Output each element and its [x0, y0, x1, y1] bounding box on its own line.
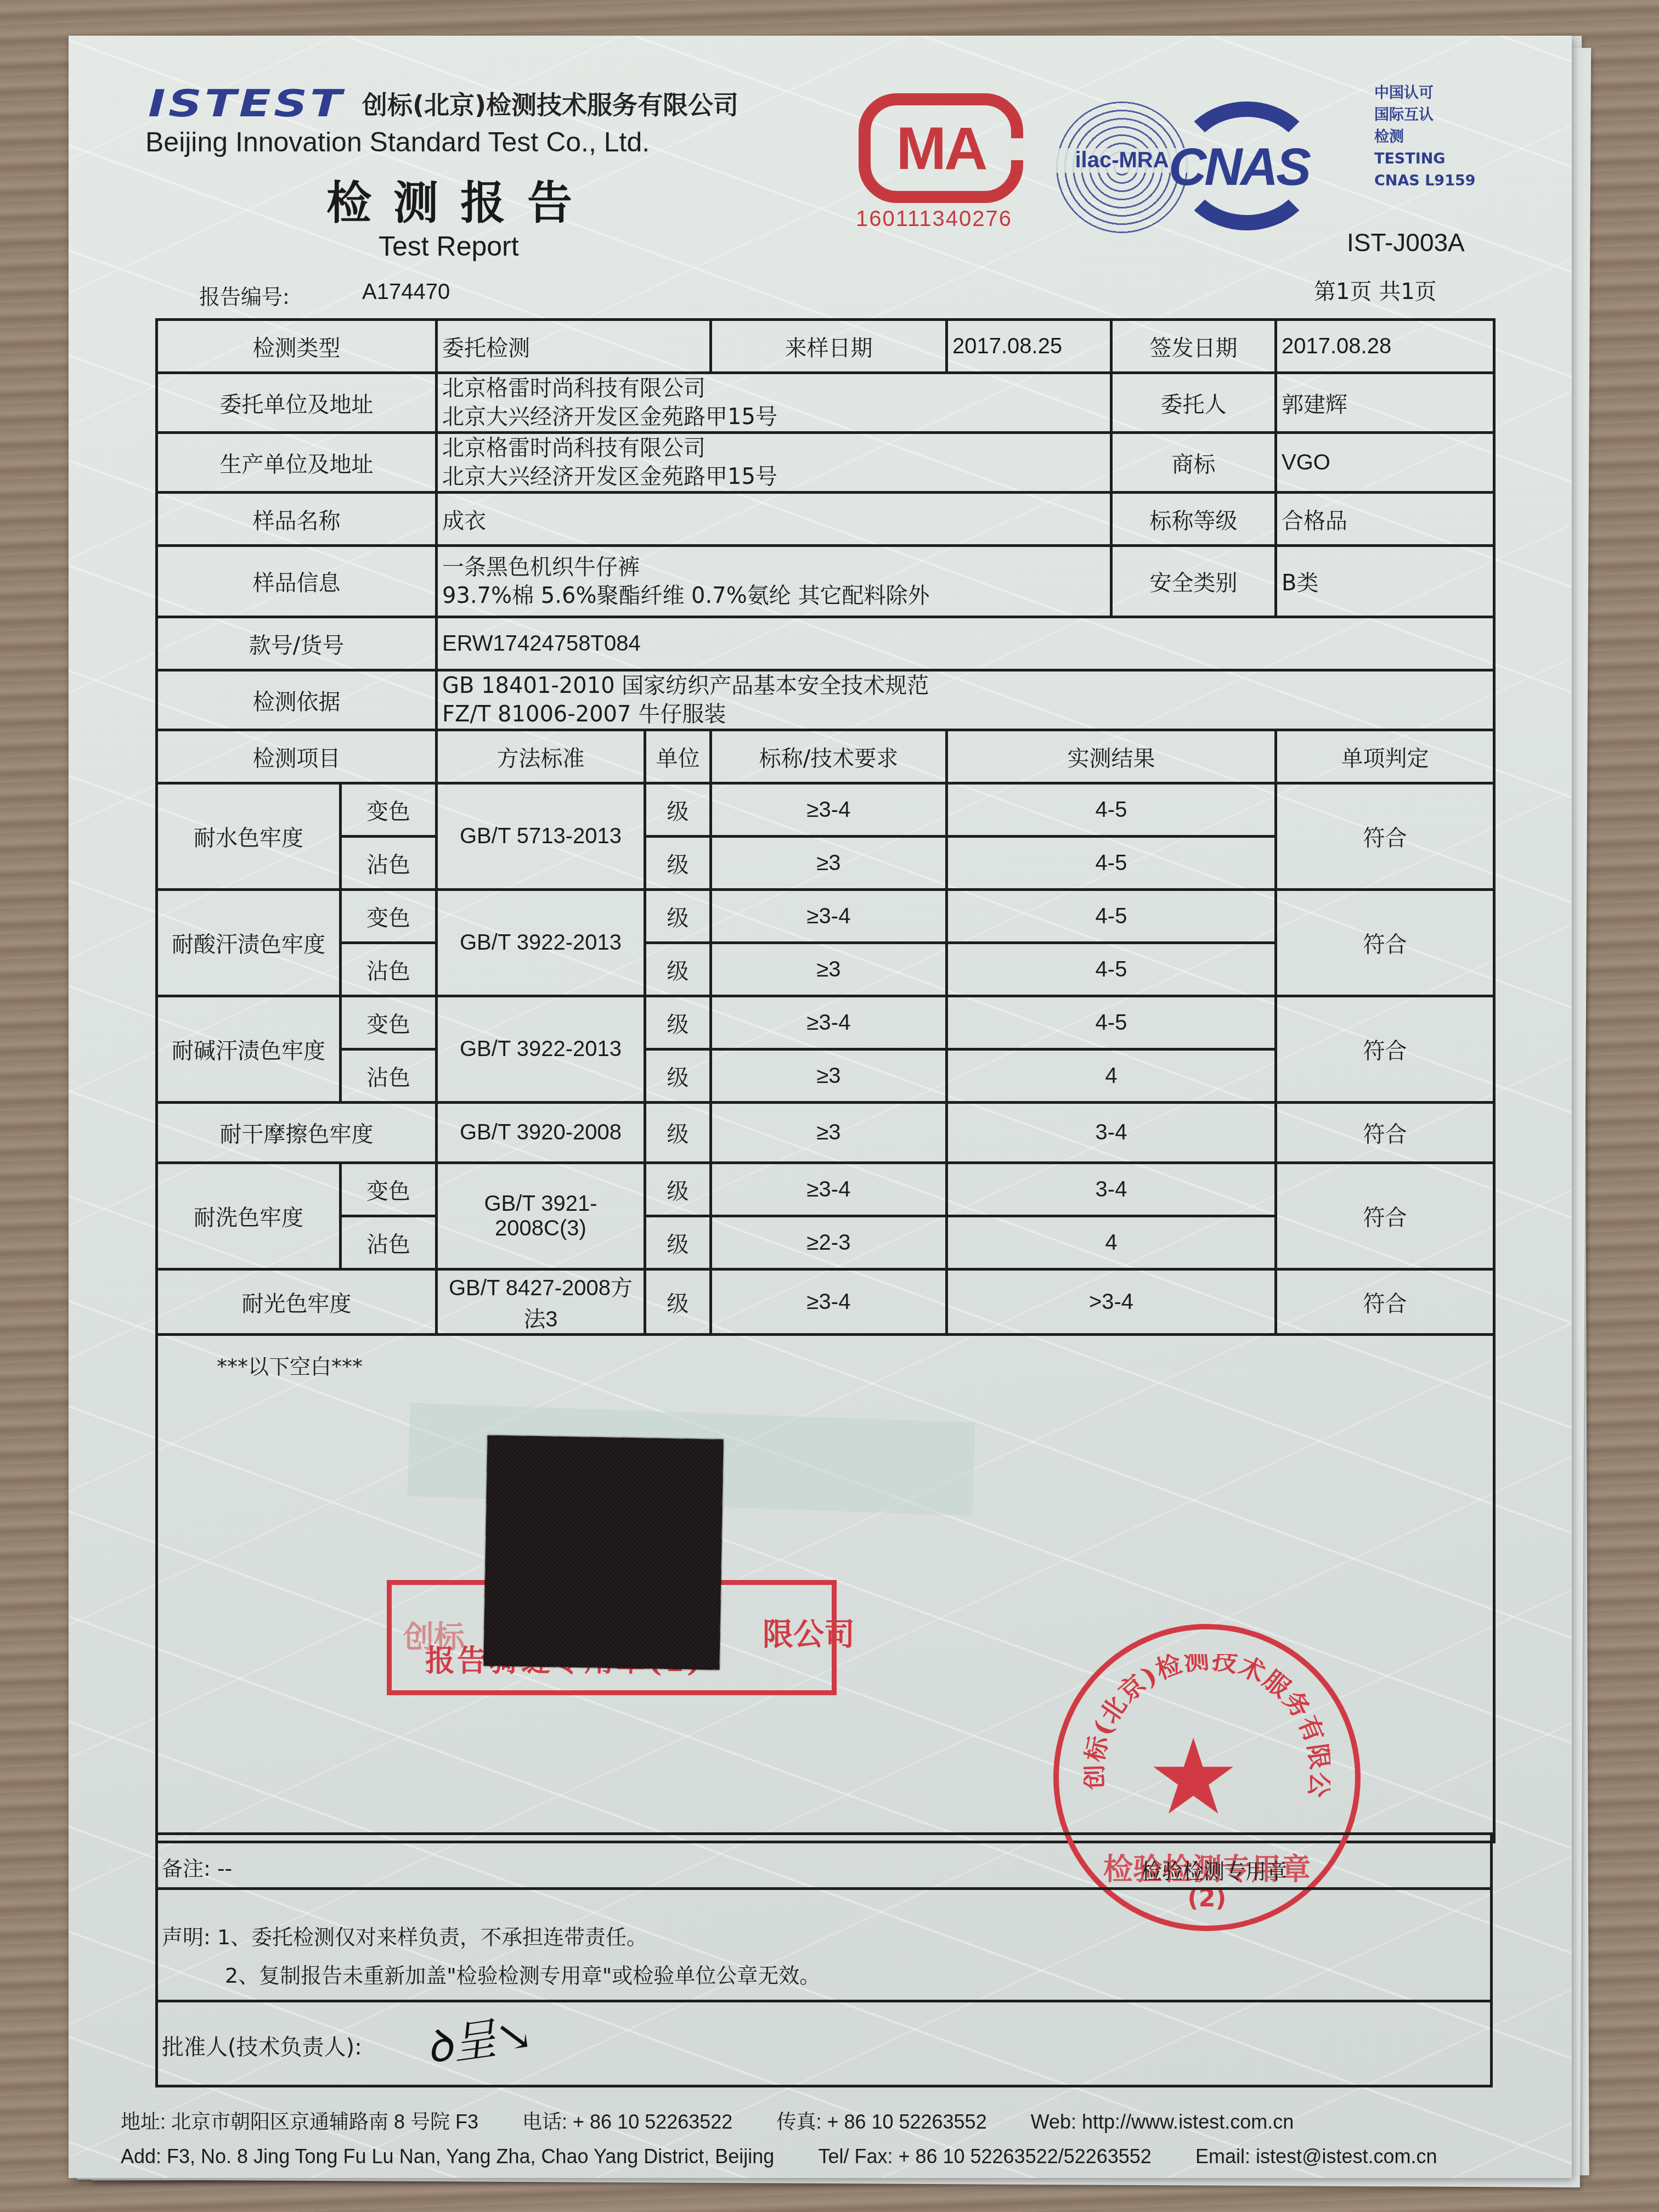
footer-email-link[interactable]: Email: istest@istest.com.cn [1195, 2145, 1437, 2168]
test-report-page: ISTEST 创标(北京)检测技术服务有限公司 Beijing Innovati… [69, 36, 1572, 2178]
result-row: 耐碱汗渍色牢度变色GB/T 3922-2013级≥3-44-5符合 [157, 996, 1494, 1049]
table-row: 款号/货号 ERW17424758T084 [157, 617, 1494, 670]
result-row: 耐酸汗渍色牢度变色GB/T 3922-2013级≥3-44-5符合 [157, 890, 1494, 943]
grade-label: 标称等级 [1111, 493, 1276, 546]
requirement: ≥3-4 [711, 1269, 947, 1335]
istest-logo: ISTEST [148, 82, 345, 126]
unit: 级 [645, 943, 711, 996]
report-number: A174470 [362, 280, 450, 304]
sample-date-value: 2017.08.25 [947, 320, 1111, 373]
result-row: 耐洗色牢度变色GB/T 3921-2008C(3)级≥3-43-4符合 [157, 1163, 1494, 1216]
report-title-en: Test Report [379, 230, 519, 262]
test-item: 耐洗色牢度 [157, 1163, 341, 1269]
client-value: 北京格雷时尚科技有限公司 北京大兴经济开发区金苑路甲15号 [437, 373, 1111, 433]
remark: 备注: -- [162, 1852, 232, 1882]
footer-line-cn: 地址: 北京市朝阳区京通辅路南 8 号院 F3 电话: + 86 10 5226… [121, 2107, 1332, 2135]
contact-label: 委托人 [1111, 373, 1276, 433]
test-subitem: 沾色 [341, 837, 437, 890]
requirement: ≥2-3 [711, 1216, 947, 1269]
footer-line-en: Add: F3, No. 8 Jing Tong Fu Lu Nan, Yang… [121, 2145, 1476, 2168]
star-icon: ★ [1147, 1725, 1240, 1830]
style-no-label: 款号/货号 [157, 617, 437, 670]
requirement: ≥3 [711, 943, 947, 996]
stamp-overprint-text: 检验检测专用章 [1141, 1854, 1287, 1884]
statement-1: 声明: 1、委托检测仅对来样负责，不承担连带责任。 [162, 1920, 647, 1950]
client-label: 委托单位及地址 [157, 373, 437, 433]
measured-result: 4 [947, 1216, 1276, 1269]
issue-date-value: 2017.08.28 [1276, 320, 1494, 373]
test-subitem: 变色 [341, 783, 437, 837]
sample-info-value: 一条黑色机织牛仔裤 93.7%棉 5.6%聚酯纤维 0.7%氨纶 其它配料除外 [437, 546, 1111, 617]
unit: 级 [645, 1163, 711, 1216]
results-header-row: 检测项目 方法标准 单位 标称/技术要求 实测结果 单项判定 [157, 730, 1494, 783]
sample-info-label: 样品信息 [157, 546, 437, 617]
safety-label: 安全类别 [1111, 546, 1276, 617]
method-standard: GB/T 5713-2013 [437, 783, 645, 890]
document-code: IST-J003A [1347, 228, 1465, 257]
table-row: 检测类型 委托检测 来样日期 2017.08.25 签发日期 2017.08.2… [157, 320, 1494, 373]
test-item: 耐水色牢度 [157, 783, 341, 890]
test-subitem: 沾色 [341, 1216, 437, 1269]
sample-name-label: 样品名称 [157, 493, 437, 546]
footer-tel-cn: 电话: + 86 10 52263522 [522, 2107, 732, 2135]
measured-result: 3-4 [947, 1103, 1276, 1163]
brand-value: VGO [1276, 433, 1494, 493]
footer-address-cn: 地址: 北京市朝阳区京通辅路南 8 号院 F3 [121, 2107, 478, 2135]
producer-value: 北京格雷时尚科技有限公司 北京大兴经济开发区金苑路甲15号 [437, 433, 1111, 493]
requirement: ≥3 [711, 1103, 947, 1163]
measured-result: 4-5 [947, 996, 1276, 1049]
company-name-cn: 创标(北京)检测技术服务有限公司 [362, 85, 738, 121]
verdict: 符合 [1276, 996, 1494, 1103]
basis-label: 检测依据 [157, 670, 437, 730]
cnas-caption: 中国认可 国际互认 检测 TESTING CNAS L9159 [1374, 82, 1476, 192]
unit: 级 [645, 1103, 711, 1163]
contact-value: 郭建辉 [1276, 373, 1494, 433]
test-type-label: 检测类型 [157, 320, 437, 373]
cma-number: 160111340276 [856, 207, 1012, 232]
sample-date-label: 来样日期 [711, 320, 947, 373]
verdict: 符合 [1276, 890, 1494, 996]
table-row: 样品名称 成衣 标称等级 合格品 [157, 493, 1494, 546]
verdict: 符合 [1276, 1103, 1494, 1163]
result-row: 耐干摩擦色牢度GB/T 3920-2008级≥33-4符合 [157, 1103, 1494, 1163]
verdict: 符合 [1276, 1269, 1494, 1335]
cma-logo-icon: MA [859, 93, 1023, 203]
divider [155, 1832, 1493, 1835]
issue-date-label: 签发日期 [1111, 320, 1276, 373]
result-row: 耐光色牢度GB/T 8427-2008方法3级≥3-4>3-4符合 [157, 1269, 1494, 1335]
test-subitem: 变色 [341, 996, 437, 1049]
company-name-en: Beijing Innovation Standard Test Co., Lt… [145, 126, 650, 158]
header-result: 实测结果 [947, 730, 1276, 783]
report-title-cn: 检测报告 [326, 167, 594, 232]
test-item: 耐碱汗渍色牢度 [157, 996, 341, 1103]
measured-result: 4-5 [947, 890, 1276, 943]
producer-label: 生产单位及地址 [157, 433, 437, 493]
table-row: 检测依据 GB 18401-2010 国家纺织产品基本安全技术规范 FZ/T 8… [157, 670, 1494, 730]
measured-result: >3-4 [947, 1269, 1276, 1335]
safety-value: B类 [1276, 546, 1494, 617]
method-standard: GB/T 3922-2013 [437, 996, 645, 1103]
table-row: 生产单位及地址 北京格雷时尚科技有限公司 北京大兴经济开发区金苑路甲15号 商标… [157, 433, 1494, 493]
unit: 级 [645, 996, 711, 1049]
test-item: 耐干摩擦色牢度 [157, 1103, 437, 1163]
test-subitem: 变色 [341, 1163, 437, 1216]
method-standard: GB/T 8427-2008方法3 [437, 1269, 645, 1335]
test-subitem: 沾色 [341, 1049, 437, 1103]
requirement: ≥3-4 [711, 1163, 947, 1216]
results-body: 耐水色牢度变色GB/T 5713-2013级≥3-44-5符合沾色级≥34-5耐… [157, 783, 1494, 1335]
unit: 级 [645, 1216, 711, 1269]
header-requirement: 标称/技术要求 [711, 730, 947, 783]
brand-label: 商标 [1111, 433, 1276, 493]
approver-label: 批准人(技术负责人): [162, 2030, 362, 2061]
sample-name-value: 成衣 [437, 493, 1111, 546]
test-type-value: 委托检测 [437, 320, 711, 373]
report-number-label: 报告编号: [199, 280, 290, 310]
method-standard: GB/T 3922-2013 [437, 890, 645, 996]
result-row: 耐水色牢度变色GB/T 5713-2013级≥3-44-5符合 [157, 783, 1494, 837]
divider [155, 1887, 1493, 1890]
footer-address-en: Add: F3, No. 8 Jing Tong Fu Lu Nan, Yang… [121, 2145, 774, 2168]
requirement: ≥3 [711, 837, 947, 890]
border-left [155, 1832, 158, 2087]
unit: 级 [645, 890, 711, 943]
unit: 级 [645, 1049, 711, 1103]
measured-result: 4-5 [947, 783, 1276, 837]
border-right [1490, 1832, 1493, 2087]
style-no-value: ERW17424758T084 [437, 617, 1494, 670]
approver-signature: ꝺ呈↘ [421, 1998, 536, 2076]
test-subitem: 变色 [341, 890, 437, 943]
measured-result: 3-4 [947, 1163, 1276, 1216]
header-method: 方法标准 [437, 730, 645, 783]
footer-fax-cn: 传真: + 86 10 52263552 [776, 2107, 986, 2135]
requirement: ≥3-4 [711, 783, 947, 837]
test-subitem: 沾色 [341, 943, 437, 996]
header-verdict: 单项判定 [1276, 730, 1494, 783]
divider [155, 2000, 1493, 2002]
test-item: 耐酸汗渍色牢度 [157, 890, 341, 996]
verdict: 符合 [1276, 783, 1494, 890]
measured-result: 4-5 [947, 943, 1276, 996]
cnas-label: CNAS [1169, 137, 1309, 198]
header-unit: 单位 [645, 730, 711, 783]
divider [155, 2085, 1493, 2087]
table-row: 样品信息 一条黑色机织牛仔裤 93.7%棉 5.6%聚酯纤维 0.7%氨纶 其它… [157, 546, 1494, 617]
requirement: ≥3-4 [711, 890, 947, 943]
requirement: ≥3-4 [711, 996, 947, 1049]
statement-2: 2、复制报告未重新加盖"检验检测专用章"或检验单位公章无效。 [225, 1959, 820, 1989]
footer-tel-fax-en: Tel/ Fax: + 86 10 52263522/52263552 [818, 2145, 1152, 2168]
method-standard: GB/T 3920-2008 [437, 1103, 645, 1163]
seam-stamp-company-right: 限公司 [763, 1610, 855, 1654]
grade-value: 合格品 [1276, 493, 1494, 546]
test-item: 耐光色牢度 [157, 1269, 437, 1335]
measured-result: 4-5 [947, 837, 1276, 890]
requirement: ≥3 [711, 1049, 947, 1103]
blank-below-note: ***以下空白*** [217, 1350, 363, 1380]
table-row: 委托单位及地址 北京格雷时尚科技有限公司 北京大兴经济开发区金苑路甲15号 委托… [157, 373, 1494, 433]
unit: 级 [645, 1269, 711, 1335]
unit: 级 [645, 837, 711, 890]
header-test-item: 检测项目 [157, 730, 437, 783]
basis-value: GB 18401-2010 国家纺织产品基本安全技术规范 FZ/T 81006-… [437, 670, 1494, 730]
unit: 级 [645, 783, 711, 837]
footer-web-link[interactable]: Web: http://www.istest.com.cn [1031, 2111, 1294, 2134]
page-info: 第1页 共1页 [1314, 274, 1437, 306]
verdict: 符合 [1276, 1163, 1494, 1269]
fabric-sample-swatch [483, 1435, 723, 1669]
measured-result: 4 [947, 1049, 1276, 1103]
method-standard: GB/T 3921-2008C(3) [437, 1163, 645, 1269]
